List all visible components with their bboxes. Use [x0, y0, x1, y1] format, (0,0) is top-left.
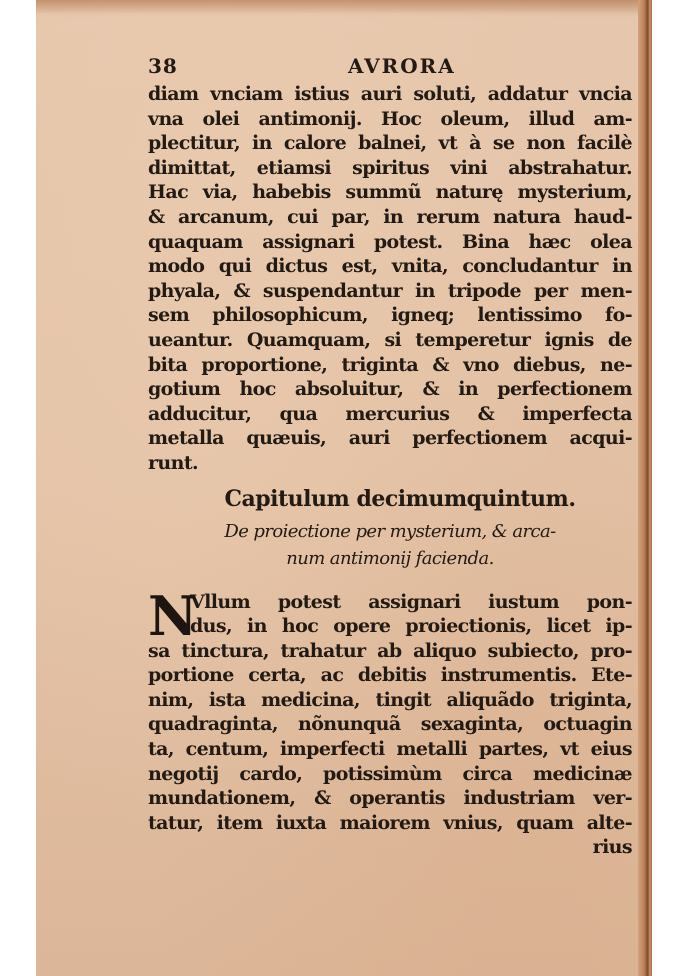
text-line: modo qui dictus est, vnita, concludantur… — [148, 254, 632, 279]
page-number: 38 — [148, 54, 178, 78]
text-line: bita proportione, triginta & vno diebus,… — [148, 353, 632, 378]
text-line: gotium hoc absoluitur, & in perfectionem — [148, 377, 632, 402]
text-line: Hac via, habebis summũ naturę mysterium, — [148, 180, 632, 205]
catchword: rius — [148, 835, 632, 860]
running-title: AVRORA — [348, 54, 456, 78]
paragraph-1: diam vnciam istius auri soluti, addatur … — [148, 82, 632, 476]
chapter-title: Capitulum decimumquintum. — [148, 484, 632, 514]
text-line: sa tinctura, trahatur ab aliquo subiecto… — [148, 639, 632, 664]
text-line: dus, in hoc opere proiectionis, licet ip… — [148, 614, 632, 639]
text-line: quaquam assignari potest. Bina hæc olea — [148, 230, 632, 255]
text-line: nim, ista medicina, tingit aliquãdo trig… — [148, 688, 632, 713]
text-line: ueantur. Quamquam, si temperetur ignis d… — [148, 328, 632, 353]
text-line: negotij cardo, potissimùm circa medicinæ — [148, 762, 632, 787]
text-line: sem philosophicum, igneq; lentissimo fo- — [148, 303, 632, 328]
text-line: metalla quæuis, auri perfectionem acqui- — [148, 426, 632, 451]
text-block: 38 AVRORA diam vnciam istius auri soluti… — [148, 52, 632, 860]
text-line: vna olei antimonij. Hoc oleum, illud am- — [148, 107, 632, 132]
chapter-subtitle-line: De proiectione per mysterium, & arca- — [148, 518, 632, 545]
text-line: phyala, & suspendantur in tripode per me… — [148, 279, 632, 304]
page-edge-gutter — [638, 0, 652, 976]
text-line: quadraginta, nõnunquã sexaginta, octuagi… — [148, 712, 632, 737]
running-head: 38 AVRORA — [148, 52, 632, 82]
text-line: runt. — [148, 451, 632, 476]
book-page: 38 AVRORA diam vnciam istius auri soluti… — [36, 0, 652, 976]
text-line: tatur, item iuxta maiorem vnius, quam al… — [148, 811, 632, 836]
paragraph-2: N Vllum potest assignari iustum pon- dus… — [148, 590, 632, 861]
text-line: ta, centum, imperfecti metalli partes, v… — [148, 737, 632, 762]
chapter-subtitle-line: num antimonij facienda. — [148, 545, 632, 572]
text-line: Vllum potest assignari iustum pon- — [148, 590, 632, 615]
text-line: mundationem, & operantis industriam ver- — [148, 786, 632, 811]
text-line: dimittat, etiamsi spiritus vini abstraha… — [148, 156, 632, 181]
page-top-shadow — [36, 0, 652, 14]
text-line: plectitur, in calore balnei, vt à se non… — [148, 131, 632, 156]
text-line: adducitur, qua mercurius & imperfecta — [148, 402, 632, 427]
text-line: portione certa, ac debitis instrumentis.… — [148, 663, 632, 688]
text-line: & arcanum, cui par, in rerum natura haud… — [148, 205, 632, 230]
drop-cap-initial: N — [148, 592, 197, 640]
text-line: diam vnciam istius auri soluti, addatur … — [148, 82, 632, 107]
